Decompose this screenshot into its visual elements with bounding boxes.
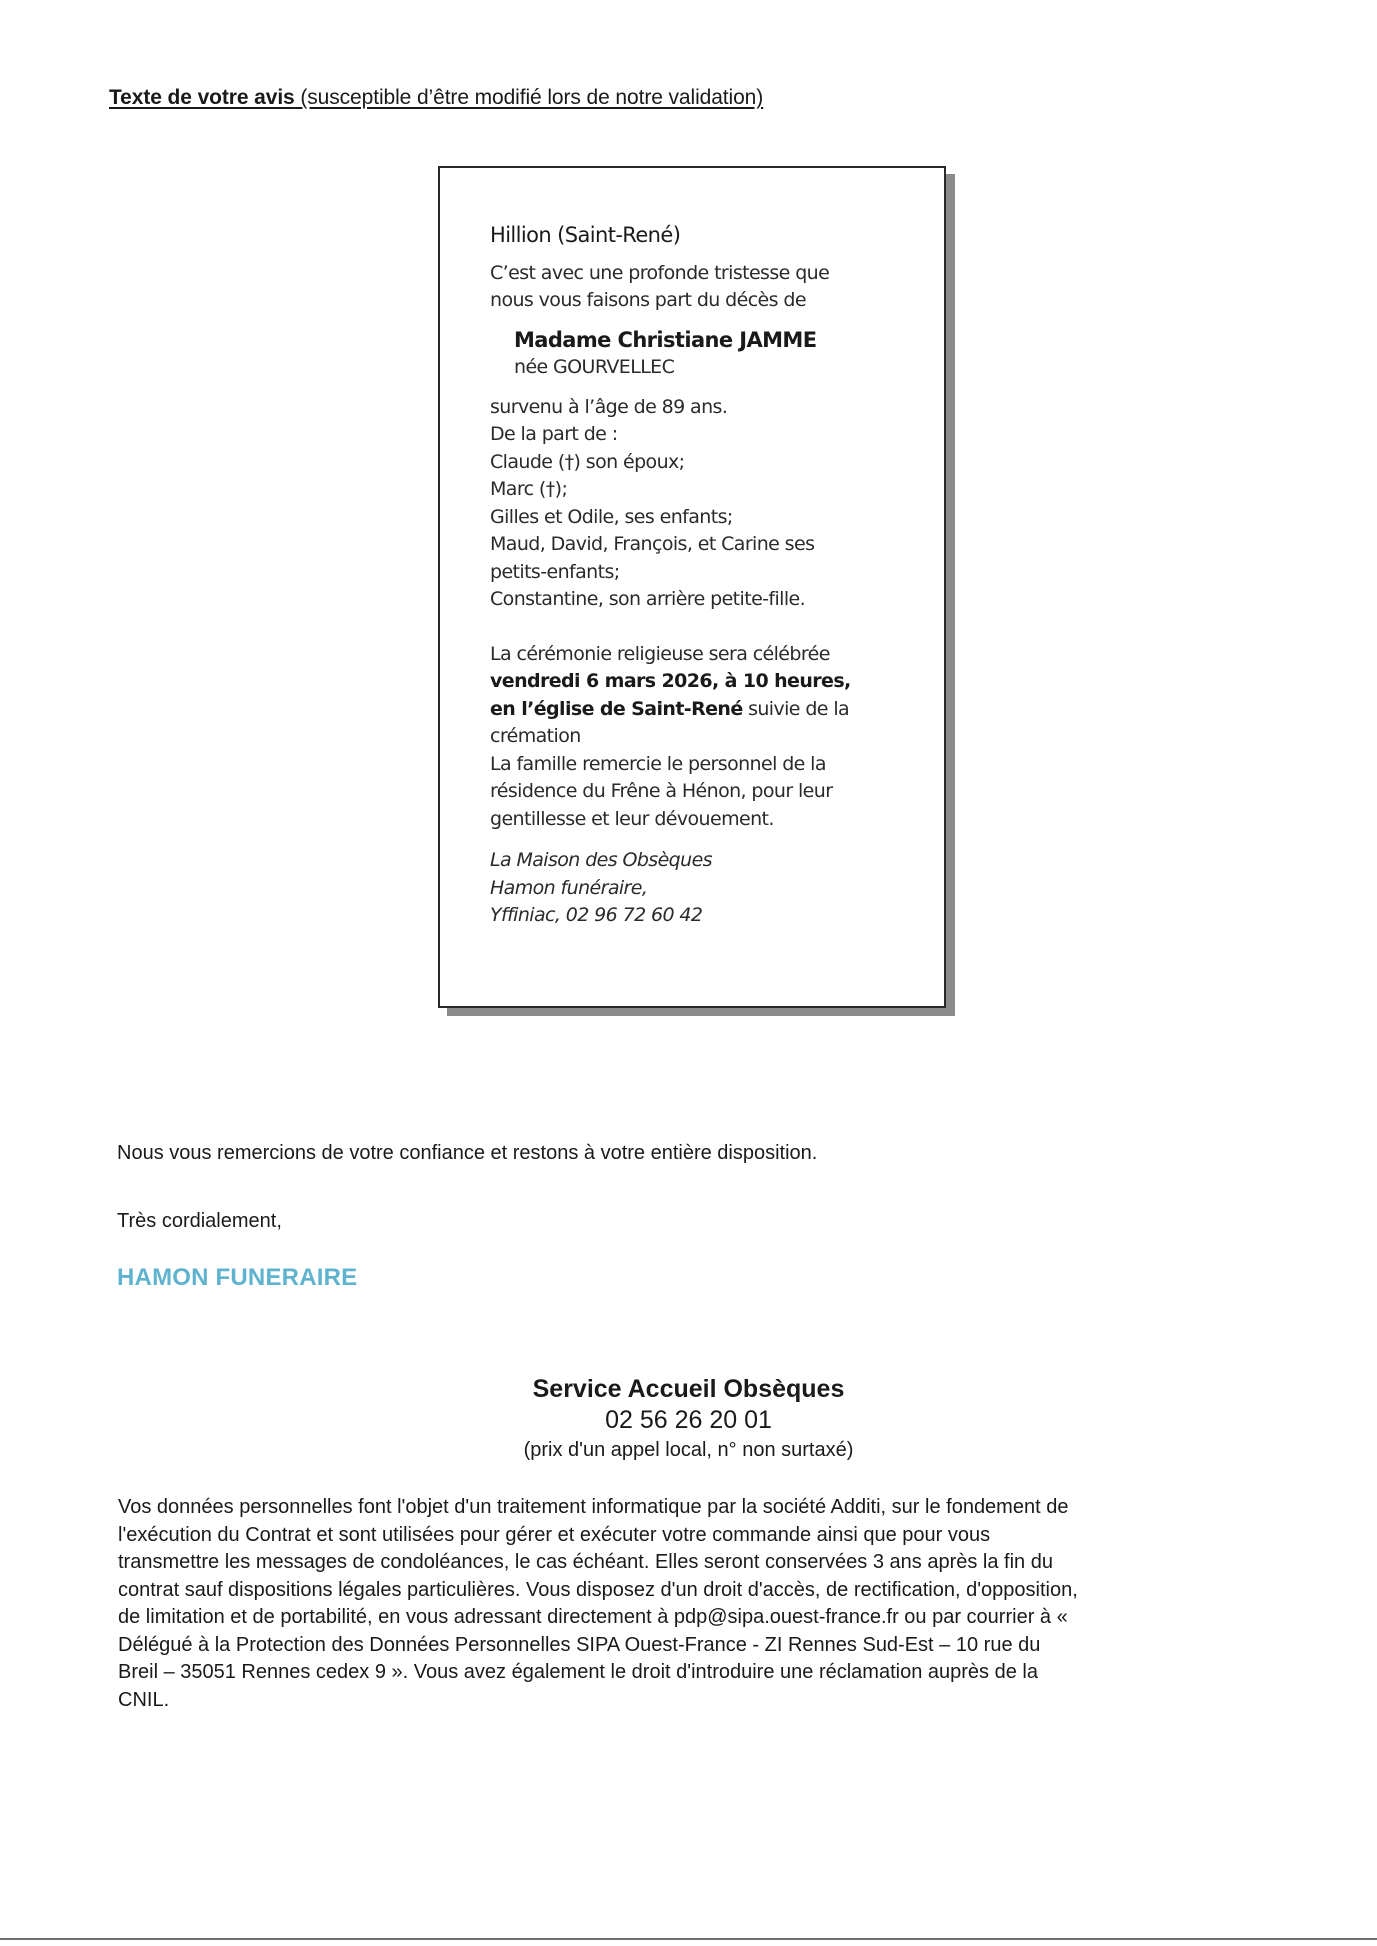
ceremony-location-line: en l’église de Saint-René suivie de la [490,696,920,724]
notice-intro-line: C’est avec une profonde tristesse que [490,260,920,288]
privacy-line: l'exécution du Contrat et sont utilisées… [118,1522,1283,1550]
heading-subtitle: (susceptible d’être modifié lors de notr… [295,86,764,109]
privacy-line: transmettre les messages de condoléances… [118,1549,1283,1577]
service-title: Service Accueil Obsèques [0,1374,1377,1404]
family-line: Claude (†) son époux; [490,449,920,477]
notice-signature: La Maison des Obsèques Hamon funéraire, … [490,847,920,930]
notice-text-heading: Texte de votre avis (susceptible d’être … [109,86,763,110]
ceremony-line: crémation [490,723,920,751]
family-line: survenu à l’âge de 89 ans. [490,394,920,422]
deceased-maiden-name: née GOURVELLEC [514,354,920,382]
spacer [490,614,920,641]
family-line: petits-enfants; [490,559,920,587]
privacy-notice: Vos données personnelles font l'objet d'… [118,1494,1283,1714]
obituary-notice-content: Hillion (Saint-René) C’est avec une prof… [490,222,920,930]
ceremony-date: vendredi 6 mars 2026, à 10 heures, [490,668,920,696]
family-line: Maud, David, François, et Carine ses [490,531,920,559]
privacy-line: de limitation et de portabilité, en vous… [118,1604,1283,1632]
family-line: Constantine, son arrière petite-fille. [490,586,920,614]
privacy-line: Délégué à la Protection des Données Pers… [118,1632,1283,1660]
notice-intro-line: nous vous faisons part du décès de [490,287,920,315]
notice-family-list: survenu à l’âge de 89 ans. De la part de… [490,394,920,614]
deceased-block: Madame Christiane JAMME née GOURVELLEC [490,327,920,382]
signature-line: Yffiniac, 02 96 72 60 42 [490,902,920,930]
service-contact-block: Service Accueil Obsèques 02 56 26 20 01 … [0,1374,1377,1464]
service-phone-note: (prix d'un appel local, n° non surtaxé) [0,1436,1377,1464]
page-bottom-rule [0,1938,1377,1940]
notice-place: Hillion (Saint-René) [490,222,920,250]
ceremony-location: en l’église de Saint-René [490,698,743,720]
family-line: De la part de : [490,421,920,449]
family-line: Marc (†); [490,476,920,504]
service-phone: 02 56 26 20 01 [0,1404,1377,1436]
privacy-line: Vos données personnelles font l'objet d'… [118,1494,1283,1522]
notice-intro: C’est avec une profonde tristesse que no… [490,260,920,315]
thanks-line: résidence du Frêne à Hénon, pour leur [490,778,920,806]
thanks-line: gentillesse et leur dévouement. [490,806,920,834]
closing-regards: Très cordialement, [117,1210,282,1233]
privacy-line: Breil – 35051 Rennes cedex 9 ». Vous ave… [118,1659,1283,1687]
closing-thanks: Nous vous remercions de votre confiance … [117,1142,817,1165]
ceremony-location-rest: suivie de la [743,698,849,720]
heading-title: Texte de votre avis [109,86,295,109]
privacy-line: CNIL. [118,1687,1283,1715]
thanks-line: La famille remercie le personnel de la [490,751,920,779]
ceremony-details: La cérémonie religieuse sera célébrée ve… [490,641,920,834]
signature-line: Hamon funéraire, [490,875,920,903]
privacy-line: contrat sauf dispositions légales partic… [118,1577,1283,1605]
signature-line: La Maison des Obsèques [490,847,920,875]
ceremony-line: La cérémonie religieuse sera célébrée [490,641,920,669]
company-brand-name: HAMON FUNERAIRE [117,1264,357,1292]
deceased-name: Madame Christiane JAMME [514,327,920,355]
obituary-notice-box: Hillion (Saint-René) C’est avec une prof… [438,166,946,1008]
family-line: Gilles et Odile, ses enfants; [490,504,920,532]
